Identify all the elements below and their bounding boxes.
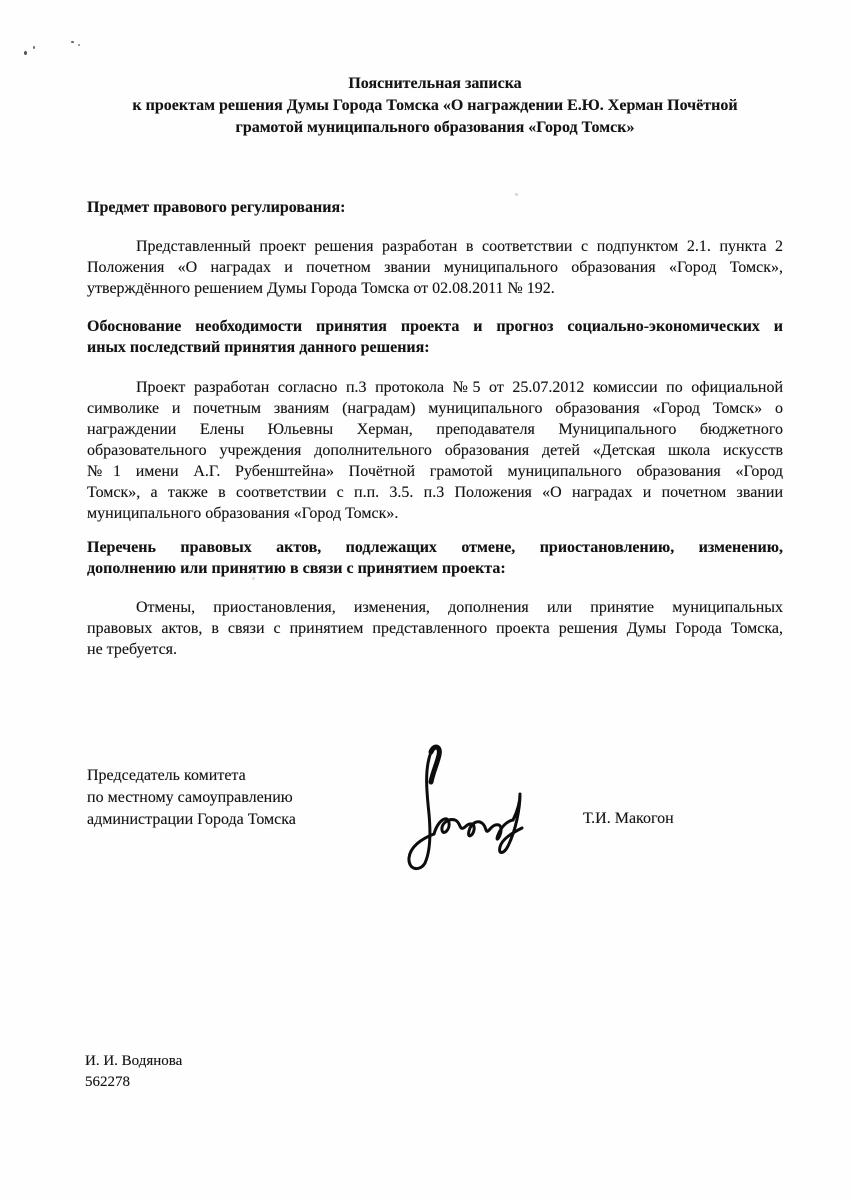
heading-line: иных последствий принятия данного решени… (87, 337, 783, 358)
executor-number: 562278 (85, 1072, 182, 1093)
section2-paragraph: Проект разработан согласно п.3 протокола… (87, 377, 783, 524)
paragraph-line: образовательного учреждения дополнительн… (87, 440, 783, 461)
paragraph-line: не требуется. (87, 639, 783, 660)
paragraph-line: муниципального образования «Город Томск»… (87, 503, 783, 524)
section2-heading: Обоснование необходимости принятия проек… (87, 316, 783, 358)
role-line: Председатель комитета (87, 765, 387, 787)
paragraph-line: награждении Елены Юльевны Херман, препод… (87, 419, 783, 440)
heading-line: Предмет правового регулирования: (87, 197, 783, 218)
signatory-role: Председатель комитета по местному самоуп… (87, 765, 387, 831)
paragraph-line: символике и почетным званиям (наградам) … (87, 398, 783, 419)
executor-name: И. И. Водянова (85, 1051, 182, 1072)
paragraph-line: Проект разработан согласно п.3 протокола… (87, 377, 783, 398)
document-title: Пояснительная записка к проектам решения… (87, 73, 783, 139)
role-line: администрации Города Томска (87, 809, 387, 831)
document-page: Пояснительная записка к проектам решения… (0, 0, 852, 1199)
role-line: по местному самоуправлению (87, 787, 387, 809)
section1-paragraph: Представленный проект решения разработан… (87, 236, 783, 299)
title-line: грамотой муниципального образования «Гор… (87, 117, 783, 139)
scan-speck (24, 51, 27, 55)
handwritten-signature (398, 742, 538, 872)
paragraph-line: №1 имени А.Г. Рубенштейна» Почётной грам… (87, 461, 783, 482)
section3-heading: Перечень правовых актов, подлежащих отме… (87, 537, 783, 579)
document-footer: И. И. Водянова 562278 (85, 1051, 182, 1093)
scan-speck (78, 44, 80, 46)
title-line: Пояснительная записка (87, 73, 783, 95)
paragraph-line: Положения «О наградах и почетном звании … (87, 257, 783, 278)
paragraph-line: утверждённого решением Думы Города Томск… (87, 278, 783, 299)
paragraph-line: Отмены, приостановления, изменения, допо… (87, 597, 783, 618)
heading-line: Перечень правовых актов, подлежащих отме… (87, 537, 783, 558)
scan-speck (71, 41, 74, 43)
paragraph-line: правовых актов, в связи с принятием пред… (87, 618, 783, 639)
title-line: к проектам решения Думы Города Томска «О… (87, 95, 783, 117)
heading-line: Обоснование необходимости принятия проек… (87, 316, 783, 337)
paragraph-line: Представленный проект решения разработан… (87, 236, 783, 257)
heading-line: дополнению или принятию в связи с принят… (87, 558, 783, 579)
signatory-name: Т.И. Макогон (583, 810, 674, 828)
scan-speck (33, 46, 35, 49)
section1-heading: Предмет правового регулирования: (87, 197, 783, 218)
scan-speck (515, 193, 518, 196)
section3-paragraph: Отмены, приостановления, изменения, допо… (87, 597, 783, 660)
paragraph-line: Томск», а также в соответствии с п.п. 3.… (87, 482, 783, 503)
